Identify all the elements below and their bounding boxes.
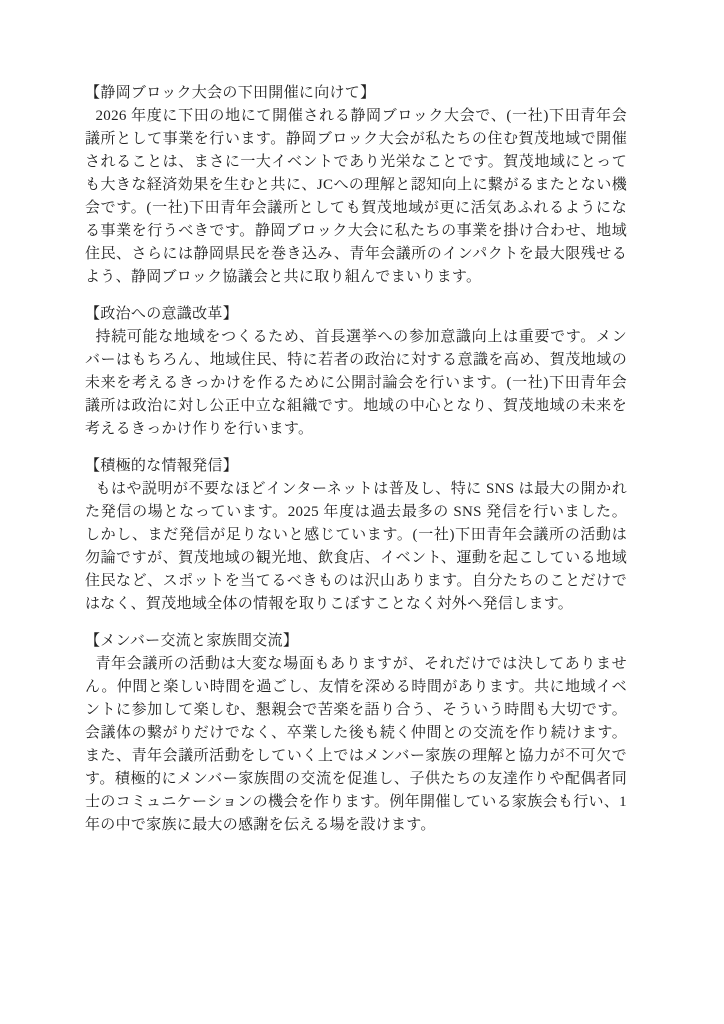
section-heading: 【静岡ブロック大会の下田開催に向けて】 <box>85 82 627 105</box>
section-paragraph: 持続可能な地域をつくるため、首長選挙への参加意識向上は重要です。メンバーはもちろ… <box>85 326 627 441</box>
section-paragraph: もはや説明が不要なほどインターネットは普及し、特に SNS は最大の開かれた発信… <box>85 478 627 616</box>
section-heading: 【メンバー交流と家族間交流】 <box>85 630 627 653</box>
section-paragraph: 青年会議所の活動は大変な場面もありますが、それだけでは決してありません。仲間と楽… <box>85 653 627 837</box>
document-page: 【静岡ブロック大会の下田開催に向けて】 2026 年度に下田の地にて開催される静… <box>0 0 724 1024</box>
section-member-family-exchange: 【メンバー交流と家族間交流】 青年会議所の活動は大変な場面もありますが、それだけ… <box>85 630 627 837</box>
section-heading: 【政治への意識改革】 <box>85 303 627 326</box>
section-paragraph: 2026 年度に下田の地にて開催される静岡ブロック大会で、(一社)下田青年会議所… <box>85 105 627 289</box>
section-shizuoka-block-conference: 【静岡ブロック大会の下田開催に向けて】 2026 年度に下田の地にて開催される静… <box>85 82 627 289</box>
section-political-awareness: 【政治への意識改革】 持続可能な地域をつくるため、首長選挙への参加意識向上は重要… <box>85 303 627 441</box>
section-information-dissemination: 【積極的な情報発信】 もはや説明が不要なほどインターネットは普及し、特に SNS… <box>85 455 627 616</box>
section-heading: 【積極的な情報発信】 <box>85 455 627 478</box>
